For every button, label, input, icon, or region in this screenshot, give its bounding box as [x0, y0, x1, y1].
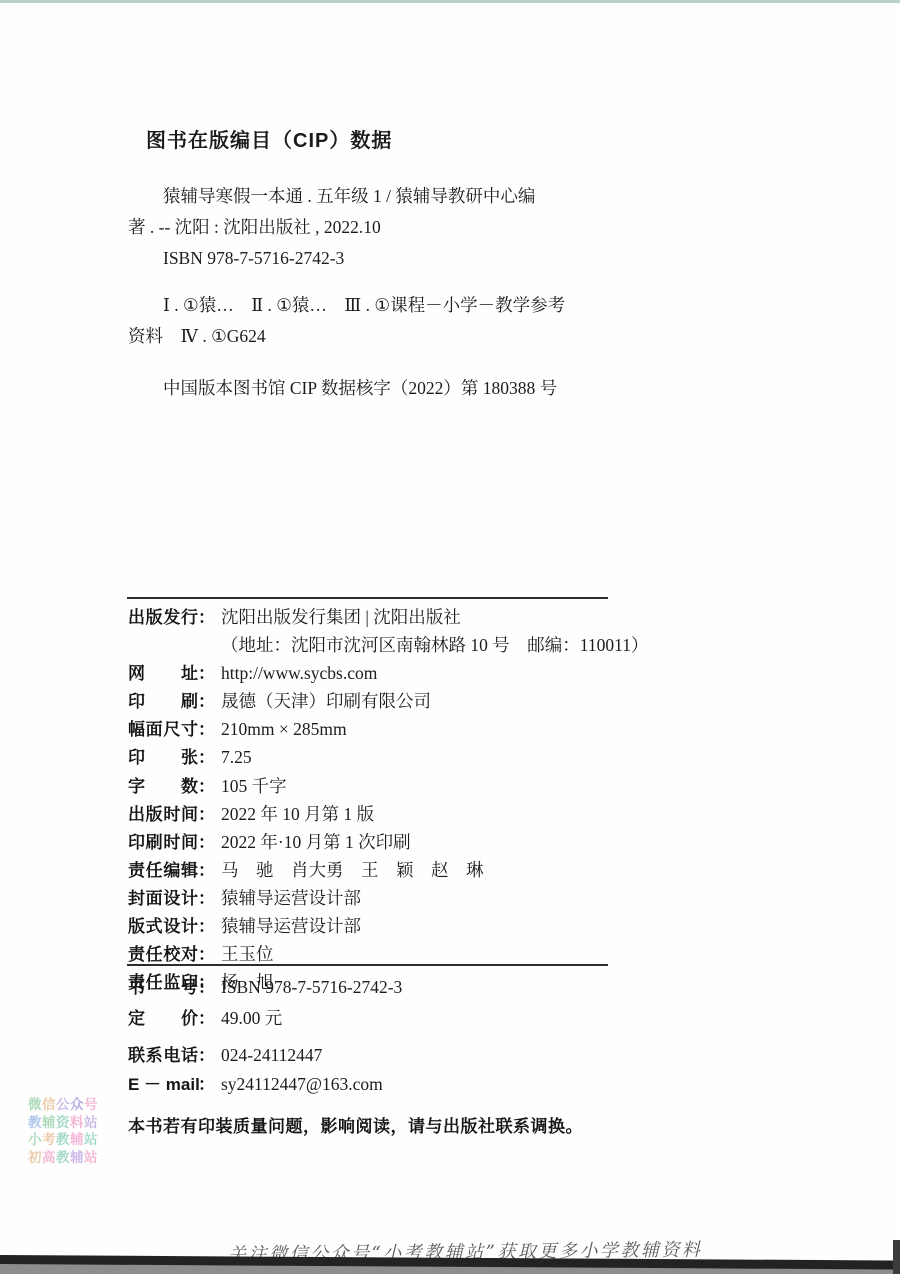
- row-colon: ：: [198, 745, 215, 771]
- info-row-sheets: 印张：7.25: [128, 744, 648, 772]
- row-label: 定价: [128, 1005, 198, 1034]
- watermark-char: 信: [42, 1097, 56, 1112]
- row-value: 105 千字: [221, 776, 287, 796]
- watermark-line: 教辅资料站: [28, 1114, 98, 1132]
- row-colon: ：: [198, 858, 215, 884]
- info-row-editors: 责任编辑：马 驰 肖大勇 王 颖 赵 琳: [128, 857, 648, 885]
- info-row-price: 定价：49.00 元: [128, 1004, 402, 1035]
- row-label: 印张: [128, 745, 198, 771]
- info-row-printer: 印刷：晟德（天津）印刷有限公司: [128, 688, 648, 716]
- info-row-wordcount: 字数：105 千字: [128, 773, 648, 801]
- watermark-line: 小考教辅站: [28, 1131, 98, 1149]
- cip-entry-line: 著 . -- 沈阳 : 沈阳出版社 , 2022.10: [128, 212, 638, 243]
- info-row-address: （地址：沈阳市沈河区南翰林路 10 号 邮编：110011）: [128, 632, 648, 660]
- watermark-char: 站: [84, 1132, 98, 1147]
- watermark-char: 教: [56, 1132, 70, 1147]
- row-label: 印刷: [128, 689, 198, 715]
- row-colon: ：: [198, 914, 215, 940]
- row-label: 幅面尺寸: [128, 717, 198, 743]
- row-label: 封面设计: [128, 886, 198, 912]
- row-label: 出版时间: [128, 802, 198, 828]
- row-value: 024-24112447: [221, 1045, 322, 1065]
- row-value: ISBN 978-7-5716-2742-3: [221, 977, 402, 997]
- watermark-char: 小: [28, 1132, 42, 1147]
- info-row-coverdesign: 封面设计：猿辅导运营设计部: [128, 885, 648, 913]
- cip-entry-line: 猿辅导寒假一本通 . 五年级 1 / 猿辅导教研中心编: [128, 181, 638, 212]
- watermark-char: 教: [28, 1115, 42, 1130]
- watermark-char: 站: [84, 1115, 98, 1130]
- watermark-char: 初: [28, 1150, 42, 1165]
- cip-record-line: 中国版本图书馆 CIP 数据核字（2022）第 180388 号: [128, 373, 638, 404]
- row-value: 王玉位: [221, 944, 274, 964]
- watermark-char: 辅: [42, 1115, 56, 1130]
- row-label: 字数: [128, 774, 198, 800]
- info-row-size: 幅面尺寸：210mm × 285mm: [128, 716, 648, 744]
- watermark-char: 辅: [70, 1132, 84, 1147]
- scan-edge-top: [0, 0, 900, 3]
- watermark-char: 辅: [70, 1150, 84, 1165]
- row-label: 出版发行: [128, 605, 198, 631]
- publisher-info-block: 出版发行：沈阳出版发行集团 | 沈阳出版社 （地址：沈阳市沈河区南翰林路 10 …: [128, 604, 648, 997]
- cip-isbn-line: ISBN 978-7-5716-2742-3: [128, 243, 638, 274]
- info-row-website: 网址：http://www.sycbs.com: [128, 660, 648, 688]
- row-value: 沈阳出版发行集团 | 沈阳出版社: [221, 607, 461, 627]
- cip-entry-paragraph: 猿辅导寒假一本通 . 五年级 1 / 猿辅导教研中心编 著 . -- 沈阳 : …: [128, 181, 638, 274]
- watermark-char: 站: [84, 1150, 98, 1165]
- scan-edge-right: [893, 1240, 900, 1274]
- cip-class-line: Ⅰ . ①猿… Ⅱ . ①猿… Ⅲ . ①课程－小学－教学参考: [128, 290, 638, 321]
- watermark-char: 众: [70, 1097, 84, 1112]
- row-label: 书号: [128, 974, 198, 1003]
- info-row-phone: 联系电话：024-24112447: [128, 1042, 383, 1071]
- copyright-page: 图书在版编目（CIP）数据 猿辅导寒假一本通 . 五年级 1 / 猿辅导教研中心…: [0, 0, 900, 1274]
- info-row-printdate: 印刷时间：2022 年·10 月第 1 次印刷: [128, 829, 648, 857]
- row-label: 印刷时间: [128, 830, 198, 856]
- row-colon: ：: [198, 689, 215, 715]
- row-label: 联系电话: [128, 1042, 198, 1070]
- row-value: 猿辅导运营设计部: [221, 916, 361, 936]
- quality-notice: 本书若有印装质量问题，影响阅读，请与出版社联系调换。: [128, 1112, 583, 1137]
- cip-heading: 图书在版编目（CIP）数据: [146, 124, 392, 153]
- watermark-char: 考: [42, 1132, 56, 1147]
- info-row-publisher: 出版发行：沈阳出版发行集团 | 沈阳出版社: [128, 604, 648, 632]
- cip-record-paragraph: 中国版本图书馆 CIP 数据核字（2022）第 180388 号: [128, 373, 638, 404]
- row-value: 7.25: [221, 747, 252, 767]
- row-colon: ：: [198, 886, 215, 912]
- watermark-char: 料: [70, 1115, 84, 1130]
- watermark-char: 公: [56, 1097, 70, 1112]
- row-label: 网址: [128, 661, 198, 687]
- row-label: 版式设计: [128, 914, 198, 940]
- row-colon: ：: [198, 802, 215, 828]
- info-row-layoutdesign: 版式设计：猿辅导运营设计部: [128, 913, 648, 941]
- row-value: 晟德（天津）印刷有限公司: [221, 691, 431, 711]
- row-value: 2022 年·10 月第 1 次印刷: [221, 832, 411, 852]
- row-value: http://www.sycbs.com: [221, 663, 377, 683]
- row-value: 49.00 元: [221, 1008, 282, 1028]
- row-label: E － mail: [128, 1071, 198, 1099]
- row-colon: ：: [198, 1005, 215, 1034]
- row-value: sy24112447@163.com: [221, 1074, 383, 1094]
- watermark-char: 微: [28, 1097, 42, 1112]
- row-colon: ：: [198, 774, 215, 800]
- watermark-char: 资: [56, 1115, 70, 1130]
- row-colon: ：: [198, 661, 215, 687]
- contact-block: 联系电话：024-24112447 E － mail：sy24112447@16…: [128, 1042, 383, 1099]
- divider-rule-bottom: [127, 964, 608, 966]
- divider-rule-top: [127, 597, 608, 599]
- row-value: 猿辅导运营设计部: [221, 888, 361, 908]
- row-value: 210mm × 285mm: [221, 719, 347, 739]
- row-value: 2022 年 10 月第 1 版: [221, 804, 374, 824]
- wechat-watermark-left: 微信公众号 教辅资料站 小考教辅站 初高教辅站: [28, 1096, 98, 1166]
- watermark-line: 初高教辅站: [28, 1149, 98, 1167]
- info-row-email: E － mail：sy24112447@163.com: [128, 1071, 383, 1100]
- row-value: （地址：沈阳市沈河区南翰林路 10 号 邮编：110011）: [221, 635, 648, 655]
- watermark-char: 教: [56, 1150, 70, 1165]
- row-value: 马 驰 肖大勇 王 颖 赵 琳: [221, 860, 484, 880]
- row-colon: ：: [198, 605, 215, 631]
- row-colon: ：: [198, 1042, 215, 1070]
- watermark-char: 高: [42, 1150, 56, 1165]
- info-row-isbn: 书号：ISBN 978-7-5716-2742-3: [128, 973, 402, 1004]
- row-colon: ：: [198, 974, 215, 1003]
- isbn-price-block: 书号：ISBN 978-7-5716-2742-3 定价：49.00 元: [128, 973, 402, 1034]
- row-colon: ：: [198, 1071, 215, 1099]
- watermark-char: 号: [84, 1097, 98, 1112]
- cip-class-line: 资料 Ⅳ . ①G624: [128, 321, 638, 352]
- info-row-pubdate: 出版时间：2022 年 10 月第 1 版: [128, 801, 648, 829]
- row-colon: ：: [198, 830, 215, 856]
- watermark-line: 微信公众号: [28, 1096, 98, 1114]
- cip-classification-paragraph: Ⅰ . ①猿… Ⅱ . ①猿… Ⅲ . ①课程－小学－教学参考 资料 Ⅳ . ①…: [128, 290, 638, 352]
- row-colon: ：: [198, 717, 215, 743]
- row-label: 责任编辑: [128, 858, 198, 884]
